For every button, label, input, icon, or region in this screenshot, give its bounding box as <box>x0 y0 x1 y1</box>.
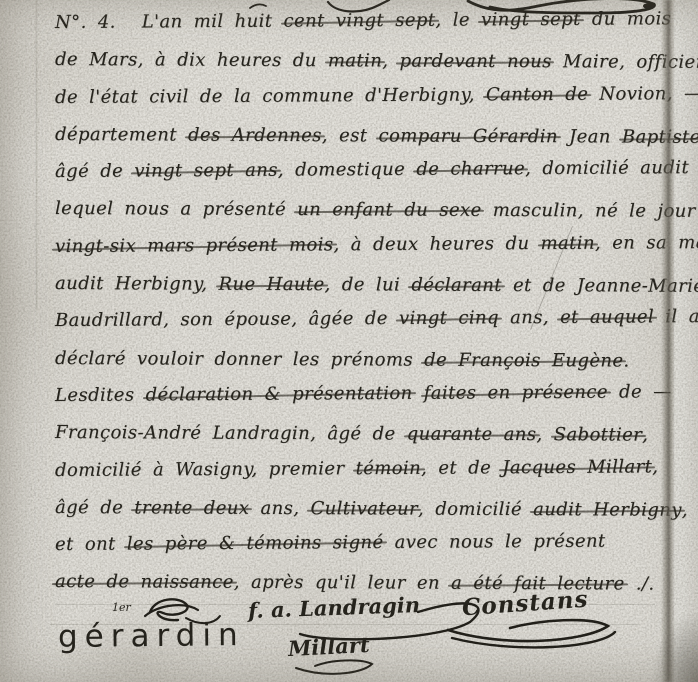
act-text-segment: , le <box>435 9 481 30</box>
act-text-segment: Jean <box>558 126 622 147</box>
act-line: vingt-six mars présent mois, à deux heur… <box>55 224 695 265</box>
act-text-segment: audit Herbigny <box>533 499 682 521</box>
act-text-segment: Canton de <box>486 83 588 105</box>
act-text-segment: du mois <box>581 8 672 30</box>
act-text-segment: Cultivateur <box>310 498 418 519</box>
act-text-segment: département <box>55 124 188 146</box>
act-text-segment: déclarant <box>411 275 502 296</box>
act-text-segment: lequel nous a présenté <box>55 198 297 220</box>
act-line: Baudrillard, son épouse, âgée de vingt c… <box>55 298 695 339</box>
act-text-segment: matin <box>540 232 595 253</box>
act-text-segment: des Ardennes <box>188 124 322 146</box>
act-text-segment: de François Eugène <box>424 349 623 371</box>
act-text-segment: Baptiste Ferdinand <box>622 126 698 148</box>
act-text-segment: audit Herbigny, <box>55 273 219 295</box>
act-text-segment: et ont <box>55 534 127 555</box>
act-line: de l'état civil de la commune d'Herbigny… <box>55 75 695 116</box>
page-corner-shadow <box>652 612 698 682</box>
act-text-segment: vingt sept ans <box>134 160 278 182</box>
act-text-segment: , est <box>322 125 379 146</box>
act-text-segment: Baudrillard, son épouse, âgée de <box>55 308 399 331</box>
act-text-segment: ans, <box>499 307 560 328</box>
act-text-segment: domicilié à Wasigny, premier <box>55 458 356 481</box>
act-line: et ont les père & témoins signé avec nou… <box>55 522 695 563</box>
act-text-segment: acte de naissance <box>55 571 234 593</box>
act-text-segment: ./. <box>625 574 655 595</box>
act-text-segment: trente deux <box>134 497 249 519</box>
act-text-segment: , domicilié <box>418 498 533 520</box>
act-text-segment: faites en présence <box>424 382 608 404</box>
act-text-segment: ans, <box>249 498 310 519</box>
register-page: N°. 4.L'an mil huit cent vingt sept, le … <box>0 0 698 682</box>
act-text-segment: comparu Gérardin <box>378 125 557 147</box>
act-text-segment: cent vingt sept <box>283 10 435 32</box>
record-number: N°. 4. <box>55 12 116 33</box>
act-line: domicilié à Wasigny, premier témoin, et … <box>55 448 695 489</box>
act-text-segment: les père & témoins signé <box>127 532 384 555</box>
act-text-segment: , domestique <box>278 159 417 181</box>
act-text-segment: de Mars, à dix heures du <box>55 49 328 71</box>
witness2-signature: Millart <box>287 632 370 661</box>
act-text-segment: âgé de <box>55 161 134 182</box>
act-body-text: N°. 4.L'an mil huit cent vingt sept, le … <box>55 4 695 601</box>
binding-gutter <box>661 0 675 682</box>
witness1-signature: f. a. Landragin <box>248 592 421 623</box>
act-line: Lesdites déclaration & présentation fait… <box>55 373 695 414</box>
act-text-segment: déclaration & présentation <box>146 383 413 406</box>
act-text-segment: témoin <box>355 457 421 478</box>
act-text-segment: et auquel <box>560 307 654 329</box>
act-line: N°. 4.L'an mil huit cent vingt sept, le … <box>55 0 695 41</box>
act-text-segment: vingt-six mars présent mois <box>55 234 334 257</box>
act-text-segment: L'an mil huit <box>142 11 284 33</box>
witness2-signature-flourish-icon <box>296 660 372 673</box>
act-text-segment: Lesdites <box>55 384 146 406</box>
act-text-segment: un enfant du sexe <box>297 200 482 222</box>
paper-fold-line <box>36 0 37 310</box>
act-text-segment: avec nous le présent <box>383 531 605 553</box>
act-text-segment: Sabottier <box>554 424 643 445</box>
paraph-mark: 1er <box>112 601 131 614</box>
act-text-segment: vingt cinq <box>399 308 499 330</box>
act-text-segment: vingt sept <box>481 9 581 31</box>
act-text-segment: Novion, — <box>588 83 698 105</box>
act-text-segment: Maire, officier <box>552 51 698 73</box>
act-text-segment: Jacques Millart <box>502 456 652 478</box>
act-text-segment: , après qu'il leur en <box>234 572 451 594</box>
act-text-segment: âgé de <box>55 497 134 518</box>
act-line: âgé de vingt sept ans, domestique de cha… <box>55 149 695 190</box>
act-text-segment: déclaré vouloir donner les prénoms <box>55 348 424 371</box>
act-text-segment: Rue Haute <box>218 274 324 295</box>
act-text-segment: de charrue <box>416 158 525 180</box>
act-text-segment: pardevant nous <box>399 51 551 73</box>
act-text-segment: , de lui <box>325 274 412 295</box>
act-text-segment: , en sa maison <box>595 232 698 254</box>
act-text-segment: quarante ans <box>407 424 537 446</box>
act-text-segment: de l'état civil de la commune d'Herbigny… <box>55 84 486 108</box>
act-text-segment: François-André Landragin, âgé de <box>55 422 407 445</box>
act-text-segment: matin <box>328 50 382 71</box>
father-signature: gérardin <box>58 617 245 655</box>
act-text-segment: , à deux heures du <box>333 233 540 255</box>
act-text-segment: , et de <box>421 457 502 478</box>
